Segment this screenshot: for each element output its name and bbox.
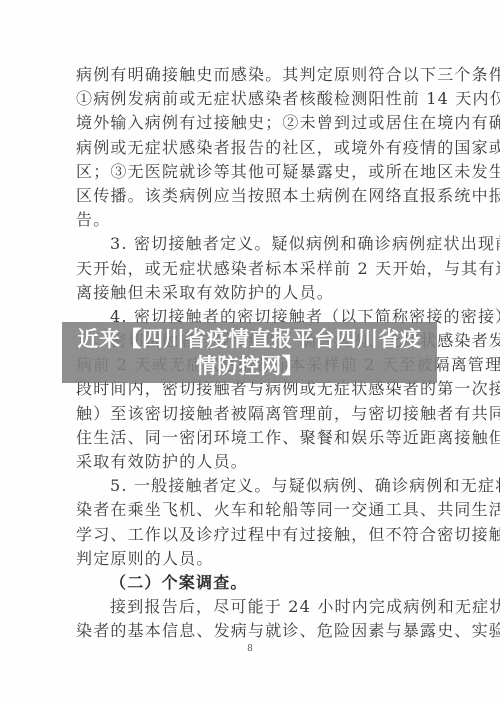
text-line: 住生活、同一密闭环境工作、聚餐和娱乐等近距离接触但未 xyxy=(76,426,428,450)
banner-title: 近来【四川省疫情直报平台四川省疫情防控网】 xyxy=(70,326,430,380)
text-line: 3. 密切接触者定义。疑似病例和确诊病例症状出现前 2 xyxy=(76,232,428,256)
text-line: 区传播。该类病例应当按照本土病例在网络直报系统中报 xyxy=(76,184,428,208)
text-line: 5. 一般接触者定义。与疑似病例、确诊病例和无症状感 xyxy=(76,474,428,498)
text-line: 接到报告后，尽可能于 24 小时内完成病例和无症状感 xyxy=(76,595,428,619)
text-line: 采取有效防护的人员。 xyxy=(76,450,428,474)
text-line: 学习、工作以及诊疗过程中有过接触，但不符合密切接触者 xyxy=(76,523,428,547)
text-line: 离接触但未采取有效防护的人员。 xyxy=(76,281,428,305)
text-line: 病例有明确接触史而感染。其判定原则符合以下三个条件： xyxy=(76,63,428,87)
text-line: 染者的基本信息、发病与就诊、危险因素与暴露史、实验室 xyxy=(76,619,428,643)
text-line: 天开始，或无症状感染者标本采样前 2 天开始，与其有近距 xyxy=(76,257,428,281)
title-banner: 近来【四川省疫情直报平台四川省疫情防控网】 xyxy=(62,322,437,383)
text-line: 判定原则的人员。 xyxy=(76,547,428,571)
text-line: 染者在乘坐飞机、火车和轮船等同一交通工具、共同生活、 xyxy=(76,498,428,522)
text-line: 触）至该密切接触者被隔离管理前，与密切接触者有共同居 xyxy=(76,402,428,426)
text-line: 病例或无症状感染者报告的社区，或境外有疫情的国家或地 xyxy=(76,136,428,160)
text-line: 境外输入病例有过接触史；②未曾到过或居住在境内有确诊 xyxy=(76,111,428,135)
text-line: 告。 xyxy=(76,208,428,232)
page-number: 8 xyxy=(0,644,500,654)
section-heading: （二）个案调查。 xyxy=(76,571,428,595)
text-line: ①病例发病前或无症状感染者核酸检测阳性前 14 天内仅与 xyxy=(76,87,428,111)
text-line: 区；③无医院就诊等其他可疑暴露史，或所在地区未发生社 xyxy=(76,160,428,184)
